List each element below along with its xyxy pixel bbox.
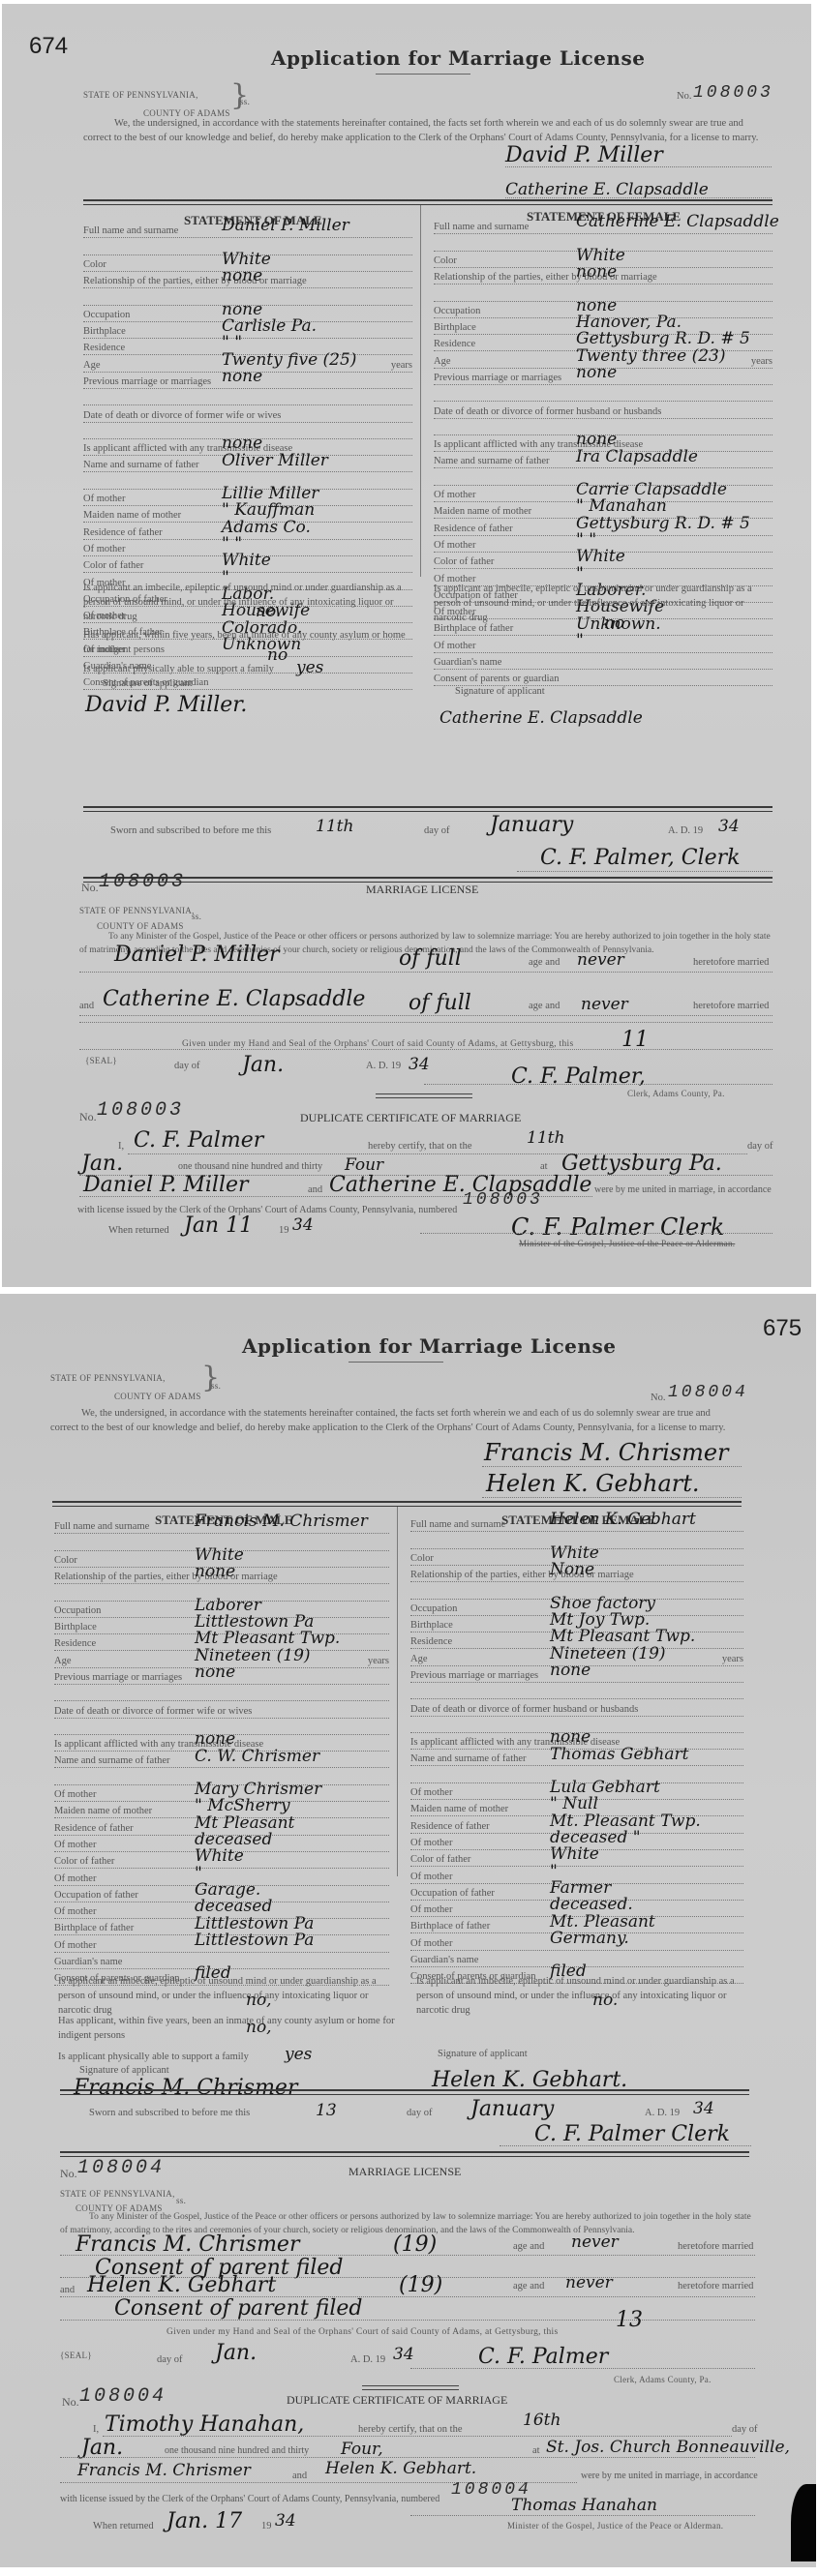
cert-heading: DUPLICATE CERTIFICATE OF MARRIAGE [287, 2393, 507, 2408]
fill-line [54, 1868, 389, 1869]
top-signature-male: Francis M. Chrismer [484, 1439, 729, 1466]
fill-line [79, 1049, 773, 1050]
field-label: Occupation of father [410, 1888, 495, 1899]
fill-line [434, 401, 773, 402]
field-value: Littlestown Pa [195, 1931, 314, 1950]
signature-line [410, 2368, 755, 2369]
heretofore-label: heretofore married [693, 957, 769, 968]
register-page-675: 675 Application for Marriage License STA… [0, 1294, 816, 2567]
statement-row: Color of fatherWhite [83, 557, 412, 574]
field-value: Oliver Miller [222, 451, 328, 470]
sworn-day: 11th [316, 817, 353, 836]
fill-line [79, 1022, 773, 1023]
field-label: Color of father [54, 1856, 114, 1867]
field-label: Maiden name of mother [434, 506, 531, 517]
license-party2-married: never [581, 995, 628, 1014]
license-ad: A. D. 19 [366, 1061, 401, 1071]
intro-paragraph: We, the undersigned, in accordance with … [50, 1406, 740, 1435]
field-label: Residence of father [83, 527, 163, 538]
male-a-asylum: no [267, 645, 288, 665]
cert-party1: Francis M. Chrismer [77, 2461, 251, 2480]
cert-place: St. Jos. Church Bonneauville, [546, 2438, 790, 2457]
fill-line [79, 1015, 773, 1016]
fill-line [410, 1765, 743, 1766]
cert-heading: DUPLICATE CERTIFICATE OF MARRIAGE [300, 1111, 521, 1125]
license-party2: Catherine E. Clapsaddle [103, 987, 365, 1011]
statement-row: Color of fatherWhite [434, 554, 773, 570]
female-q-imbecile: Is applicant an imbecile, epileptic of u… [434, 582, 773, 625]
fill-line [103, 2436, 732, 2437]
license-party2-extra: Consent of parent filed [114, 2296, 363, 2321]
statement-row: Relationship of the parties, either by b… [83, 273, 412, 289]
fill-line [410, 1866, 743, 1867]
clerk-title: Clerk, Adams County, Pa. [614, 2375, 712, 2384]
cert-certify-text: hereby certify, that on the [358, 2424, 462, 2435]
fill-line [54, 1533, 389, 1534]
field-label: Residence of father [54, 1823, 134, 1834]
field-value: Helen K. Gebhart [550, 1510, 696, 1529]
license-ss: ss. [176, 2196, 186, 2205]
cert-party1: Daniel P. Miller [83, 1173, 249, 1197]
female-signature-label: Signature of applicant [455, 686, 545, 697]
field-label: Occupation [434, 306, 480, 316]
fill-line [83, 689, 412, 690]
fill-line [54, 1952, 389, 1953]
page-number: 675 [763, 1315, 802, 1342]
field-label: Relationship of the parties, either by b… [434, 272, 657, 283]
field-label: Previous marriage or marriages [410, 1670, 538, 1681]
field-value: none [576, 262, 617, 282]
application-no-label: No. [651, 1393, 665, 1403]
field-value: none [550, 1661, 591, 1680]
signature-line [482, 1466, 742, 1467]
section-divider [83, 199, 773, 205]
application-no-label: No. [677, 91, 691, 102]
field-label: Guardian's name [410, 1955, 478, 1965]
field-label: Date of death or divorce of former wife … [83, 410, 281, 421]
field-label: Of mother [434, 490, 475, 500]
license-heading: MARRIAGE LICENSE [366, 883, 478, 897]
seal-label: SEAL [65, 2351, 88, 2360]
statement-row: Name and surname of fatherOliver Miller [83, 457, 412, 473]
statement-row: Of motherGermany. [410, 1935, 743, 1952]
field-label: Residence [83, 343, 125, 353]
field-label: Of mother [54, 1906, 96, 1917]
seal-mark: {SEAL} [60, 2351, 92, 2360]
sworn-ad: A. D. 19 [645, 2108, 680, 2118]
field-label: Guardian's name [434, 657, 501, 668]
state-line: STATE OF PENNSYLVANIA, [50, 1373, 166, 1383]
field-label: Residence of father [410, 1821, 490, 1832]
given-day: 11 [621, 1028, 649, 1052]
field-label: Age [54, 1656, 72, 1666]
register-page-674: 674 Application for Marriage License STA… [2, 4, 811, 1287]
field-value: none [222, 266, 262, 285]
field-label: Date of death or divorce of former wife … [54, 1706, 252, 1717]
statement-row: Guardian's name [434, 654, 773, 671]
cert-certify-text: hereby certify, that on the [368, 1141, 471, 1152]
field-label: Consent of parents or guardian [434, 674, 559, 684]
field-label: Of mother [410, 1938, 452, 1949]
license-state: STATE OF PENNSYLVANIA, [60, 2189, 175, 2199]
field-suffix: years [751, 356, 773, 367]
cert-at: at [540, 1161, 548, 1172]
cert-thousand: one thousand nine hundred and thirty [165, 2445, 309, 2456]
fill-line [83, 572, 412, 573]
license-year: 34 [393, 2345, 414, 2364]
field-label: Full name and surname [83, 225, 178, 236]
field-label: Occupation [410, 1603, 457, 1614]
fill-line [410, 1581, 743, 1582]
cert-number: 108004 [79, 2385, 167, 2408]
male-signature-label: Signature of applicant [79, 2065, 169, 2076]
cert-returned: When returned [93, 2521, 154, 2531]
field-label: Birthplace of father [54, 1923, 134, 1933]
license-ad: A. D. 19 [350, 2354, 385, 2365]
field-suffix: years [391, 360, 412, 371]
female-signature: Catherine E. Clapsaddle [439, 708, 643, 728]
cert-returned-19: 19 [279, 1225, 289, 1236]
heretofore-label: heretofore married [678, 2281, 753, 2291]
field-label: Birthplace [434, 322, 476, 333]
field-label: Of mother [83, 544, 125, 554]
male-q-support: Is applicant physically able to support … [83, 664, 274, 674]
field-label: Birthplace [83, 326, 126, 337]
column-divider [397, 1507, 398, 1876]
field-label: Residence [54, 1638, 96, 1649]
field-label: Relationship of the parties, either by b… [83, 276, 307, 286]
statement-row: Relationship of the parties, either by b… [434, 269, 773, 285]
top-signature-male: David P. Miller [505, 143, 663, 167]
field-label: Previous marriage or marriages [434, 373, 561, 383]
field-value: Germany. [550, 1929, 629, 1948]
title-rule [348, 1362, 443, 1363]
field-value: none [576, 363, 617, 382]
male-q-asylum: Has applicant, within five years, been a… [83, 628, 412, 657]
field-label: Occupation [54, 1605, 101, 1616]
fill-line [434, 467, 773, 468]
county-line: COUNTY OF ADAMS [114, 1392, 201, 1401]
license-party2-age: (19) [399, 2273, 442, 2297]
field-label: Of mother [54, 1840, 96, 1850]
ss-mark: ss. [211, 1381, 221, 1391]
sworn-dayof: day of [424, 825, 450, 836]
field-label: Color [54, 1555, 77, 1566]
field-label: Of mother [434, 540, 475, 551]
field-label: Residence [410, 1636, 452, 1647]
fill-line [410, 1682, 743, 1683]
signature-line [517, 871, 773, 872]
statement-row: Full name and surnameFrancis M. Chrismer [54, 1518, 389, 1535]
field-label: Color of father [410, 1854, 470, 1865]
field-value: None [550, 1560, 594, 1579]
top-signature-female: Catherine E. Clapsaddle [505, 180, 709, 199]
field-label: Age [83, 360, 101, 371]
field-label: Maiden name of mother [54, 1806, 152, 1816]
cert-at: at [532, 2445, 540, 2456]
fill-line [83, 287, 412, 288]
cert-united: were by me united in marriage, in accord… [594, 1184, 772, 1195]
statement-row: Previous marriage or marriagesnone [410, 1667, 743, 1684]
form-title: Application for Marriage License [271, 46, 645, 70]
officiant-title-kept: Minister of the Gospel, Justice of the P… [507, 2521, 723, 2531]
fill-line [434, 568, 773, 569]
section-divider [83, 806, 773, 812]
cert-and: and [292, 2471, 307, 2481]
field-label: Guardian's name [54, 1957, 122, 1967]
cert-party2: Helen K. Gebhart. [325, 2459, 476, 2478]
male-q-imbecile: Is applicant an imbecile, epileptic of u… [58, 1974, 397, 2018]
license-party1-married: never [571, 2232, 619, 2252]
field-label: Full name and surname [410, 1519, 505, 1530]
application-number: 108003 [693, 83, 773, 103]
cert-i: I, [93, 2424, 99, 2435]
seal-mark: {SEAL} [85, 1056, 117, 1065]
field-label: Age [410, 1654, 428, 1664]
fill-line [54, 1700, 389, 1701]
license-party1-married: never [577, 950, 624, 970]
field-label: Birthplace of father [410, 1921, 490, 1932]
license-clerk-signature: C. F. Palmer [478, 2345, 608, 2369]
license-month: Jan. [215, 2341, 257, 2365]
field-label: Occupation of father [54, 1890, 138, 1901]
scan-edge-shadow [791, 2484, 816, 2561]
male-signature: Francis M. Chrismer [74, 2076, 297, 2100]
statement-row: Full name and surnameDaniel P. Miller [83, 223, 412, 239]
license-party1: Daniel P. Miller [114, 943, 280, 967]
male-signature: David P. Miller. [85, 693, 247, 717]
cert-returned-year: 34 [292, 1215, 314, 1235]
field-label: Full name and surname [434, 222, 529, 232]
age-and-label: age and [529, 1001, 560, 1011]
cert-license-text: with license issued by the Clerk of the … [77, 1205, 457, 1215]
field-label: Date of death or divorce of former husba… [410, 1704, 638, 1715]
statement-row: Previous marriage or marriagesnone [434, 370, 773, 386]
field-label: Color [410, 1553, 434, 1564]
signature-line [505, 166, 772, 167]
top-signature-female: Helen K. Gebhart. [486, 1470, 700, 1497]
male-q-support: Is applicant physically able to support … [58, 2052, 249, 2062]
state-line: STATE OF PENNSYLVANIA, [83, 90, 198, 100]
statement-row: Previous marriage or marriagesnone [54, 1669, 389, 1686]
cert-year-word: Four [345, 1155, 383, 1175]
field-value: Thomas Gebhart [550, 1745, 688, 1764]
cert-i: I, [118, 1141, 124, 1152]
field-value: Catherine E. Clapsaddle [576, 212, 779, 231]
license-number: 108003 [99, 871, 186, 893]
officiant-title: Minister of the Gospel, Justice of the P… [507, 2521, 723, 2531]
fill-line [54, 1684, 389, 1685]
sworn-clerk-signature: C. F. Palmer, Clerk [540, 846, 741, 870]
seal-label: SEAL [90, 1056, 113, 1065]
field-label: Name and surname of father [410, 1753, 527, 1764]
statement-row: Name and surname of fatherIra Clapsaddle [434, 453, 773, 469]
license-clerk-signature: C. F. Palmer, [511, 1064, 646, 1089]
field-label: Relationship of the parties, either by b… [410, 1570, 634, 1580]
cert-thousand: one thousand nine hundred and thirty [178, 1161, 322, 1172]
statement-row: Of motherLittlestown Pa [54, 1937, 389, 1954]
field-label: Color of father [83, 560, 143, 571]
field-label: Maiden name of mother [83, 510, 181, 521]
statement-row: Date of death or divorce of former husba… [410, 1700, 743, 1717]
field-label: Color [83, 259, 106, 270]
statement-row: BirthplaceCarlisle Pa. [83, 323, 412, 340]
column-divider [420, 205, 421, 577]
male-a-support: yes [296, 658, 323, 677]
signature-line [505, 197, 772, 198]
field-label: Residence [434, 339, 475, 349]
fill-line [83, 539, 412, 540]
fill-line [434, 535, 773, 536]
statement-row: Color of fatherWhite [54, 1853, 389, 1870]
fill-line [54, 1583, 389, 1584]
statement-row: Of mother" [434, 638, 773, 654]
field-label: Age [434, 356, 451, 367]
female-a-imbecile: no. [592, 1991, 618, 2010]
field-value: " [576, 631, 584, 650]
fill-line [434, 233, 773, 234]
statement-row: Residence of fatherGettysburg R. D. # 5 [434, 520, 773, 536]
fill-line [83, 237, 412, 238]
male-a-support: yes [285, 2045, 312, 2064]
intro-paragraph: We, the undersigned, in accordance with … [83, 116, 771, 145]
field-label: Birthplace [54, 1622, 97, 1632]
signature-line [420, 1233, 773, 1234]
signature-line [410, 2515, 755, 2516]
field-label: Name and surname of father [83, 460, 199, 470]
license-dayof: day of [174, 1061, 200, 1071]
field-label: Full name and surname [54, 1521, 149, 1532]
license-ss: ss. [192, 912, 201, 921]
cert-no-label: No. [62, 2395, 79, 2410]
field-label: Of mother [410, 1904, 452, 1915]
field-label: Of mother [434, 641, 475, 651]
statement-row: Name and surname of fatherThomas Gebhart [410, 1751, 743, 1767]
license-party1: Francis M. Chrismer [76, 2232, 299, 2257]
fill-line [60, 2320, 755, 2321]
and-label: and [60, 2285, 75, 2295]
sworn-year: 34 [693, 2099, 714, 2118]
cert-returned-19: 19 [261, 2521, 272, 2531]
field-value: none [195, 1562, 235, 1581]
cert-year-word: Four, [341, 2440, 383, 2459]
license-party2-age: of full [409, 991, 471, 1015]
cert-officiant-signature: C. F. Palmer Clerk [511, 1213, 724, 1241]
sworn-text: Sworn and subscribed to before me this [110, 825, 271, 836]
license-month: Jan. [242, 1053, 284, 1077]
given-day: 13 [616, 2308, 643, 2332]
female-signature-label: Signature of applicant [438, 2049, 528, 2059]
field-label: Of mother [83, 494, 125, 504]
ss-mark: ss. [240, 97, 250, 106]
license-heading: MARRIAGE LICENSE [348, 2165, 461, 2179]
fill-line [434, 635, 773, 636]
sworn-ad: A. D. 19 [668, 825, 703, 836]
cert-officiant: C. F. Palmer [134, 1128, 263, 1153]
page-number: 674 [29, 33, 68, 60]
statement-row: Relationship of the parties, either by b… [54, 1569, 389, 1585]
field-value: Francis M. Chrismer [195, 1512, 368, 1531]
statement-row: Date of death or divorce of former husba… [434, 403, 773, 419]
signature-line [500, 2145, 751, 2146]
male-q-imbecile: Is applicant an imbecile, epileptic of u… [83, 581, 412, 624]
cert-license-no: 108003 [463, 1190, 543, 1210]
fill-line [434, 284, 773, 285]
fill-line [434, 652, 773, 653]
sworn-clerk-signature: C. F. Palmer Clerk [534, 2122, 730, 2146]
cert-officiant: Timothy Hanahan, [105, 2412, 304, 2437]
cert-license-text: with license issued by the Clerk of the … [60, 2494, 439, 2504]
statement-row: Residence of fatherAdams Co. [83, 524, 412, 540]
fill-line [410, 1531, 743, 1532]
field-label: Color of father [434, 556, 494, 567]
field-value: Ira Clapsaddle [576, 447, 698, 466]
application-number: 108004 [668, 1383, 748, 1402]
field-suffix: years [722, 1654, 743, 1664]
fill-line [79, 972, 773, 973]
fill-line [434, 384, 773, 385]
cert-and: and [308, 1184, 322, 1195]
statement-row: Previous marriage or marriagesnone [83, 374, 412, 390]
fill-line [54, 1767, 389, 1768]
officiant-title: Minister of the Gospel, Justice of the P… [519, 1239, 735, 1248]
sworn-year: 34 [718, 817, 740, 836]
sworn-month: January [490, 813, 573, 837]
license-party1-age: (19) [393, 2232, 437, 2257]
field-label: Name and surname of father [54, 1755, 170, 1766]
field-value: none [222, 367, 262, 386]
statement-row: Consent of parents or guardian [434, 671, 773, 687]
field-value: Daniel P. Miller [222, 216, 349, 235]
fill-line [60, 2457, 755, 2458]
field-label: Previous marriage or marriages [83, 376, 211, 387]
field-label: Maiden name of mother [410, 1804, 508, 1814]
sworn-day: 13 [316, 2101, 337, 2120]
male-q-asylum: Has applicant, within five years, been a… [58, 2014, 397, 2043]
license-number: 108004 [77, 2157, 165, 2179]
license-party1-age: of full [399, 946, 462, 971]
field-label: Birthplace of father [434, 623, 513, 634]
field-suffix: years [368, 1656, 389, 1666]
section-divider [60, 2089, 749, 2095]
field-value: none [195, 1662, 235, 1682]
license-year: 34 [409, 1055, 430, 1074]
field-label: Of mother [54, 1873, 96, 1884]
section-rule [376, 1093, 472, 1098]
field-label: Of mother [54, 1789, 96, 1800]
license-dayof: day of [157, 2354, 183, 2365]
field-label: Occupation [83, 310, 130, 320]
cert-dayof: day of [732, 2424, 758, 2435]
heretofore-label: heretofore married [678, 2241, 753, 2252]
signature-line [424, 1084, 773, 1085]
license-no-label: No. [81, 881, 99, 895]
cert-number: 108003 [97, 1099, 184, 1122]
cert-officiant-signature: Thomas Hanahan [511, 2496, 657, 2515]
fill-line [83, 422, 412, 423]
license-no-label: No. [60, 2167, 77, 2181]
field-label: Color [434, 255, 457, 266]
title-rule [376, 74, 470, 75]
fill-line [83, 471, 412, 472]
section-rule [362, 2385, 459, 2390]
field-value: Gettysburg R. D. # 5 [576, 514, 750, 533]
statement-row: Name and surname of fatherC. W. Chrismer [54, 1752, 389, 1769]
male-a-imbecile: no. [256, 602, 281, 621]
age-and-label: age and [513, 2241, 544, 2252]
and-label: and [79, 1001, 94, 1011]
fill-line [434, 418, 773, 419]
